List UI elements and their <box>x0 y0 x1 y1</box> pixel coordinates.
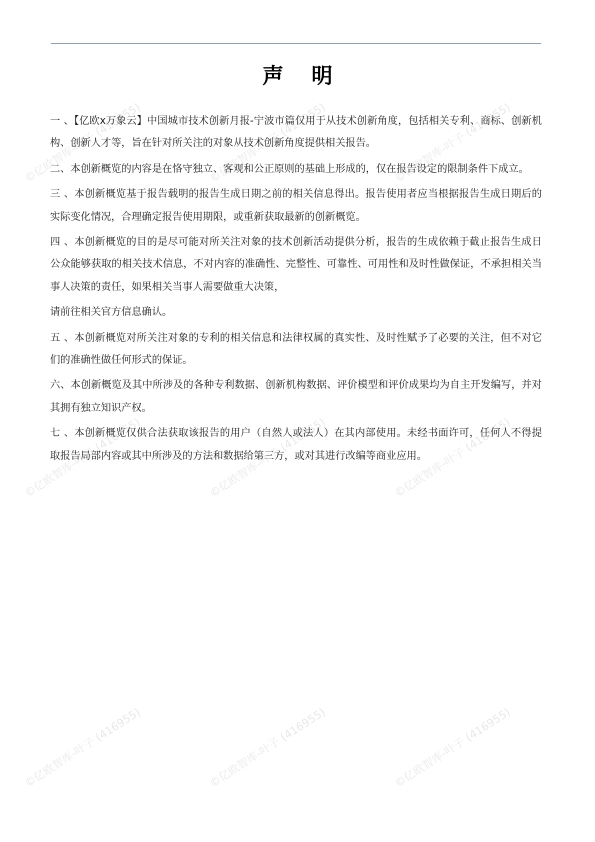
title-char: 声 <box>263 60 284 90</box>
statement-paragraph-4: 四 、本创新概览的目的是尽可能对所关注对象的技术创新活动提供分析，报告的生成依赖… <box>50 232 542 299</box>
statement-body: 一 、【亿欧x万象云】中国城市技术创新月报-宁波市篇仅用于从技术创新角度，包括相… <box>50 111 542 471</box>
statement-paragraph-7: 七 、本创新概览仅供合法获取该报告的用户（自然人或法人）在其内部使用。未经书面许… <box>50 423 542 468</box>
watermark: ©亿欧智库-叶子 (416955) <box>21 704 143 791</box>
watermark: ©亿欧智库-叶子 (416955) <box>391 704 513 791</box>
statement-paragraph-5: 五 、本创新概览对所关注对象的专利的相关信息和法律权属的真实性、及时性赋予了必要… <box>50 328 542 373</box>
watermark: ©亿欧智库-叶子 (416955) <box>206 704 328 791</box>
statement-paragraph-1: 一 、【亿欧x万象云】中国城市技术创新月报-宁波市篇仅用于从技术创新角度，包括相… <box>50 111 542 156</box>
statement-paragraph-6: 六、本创新概览及其中所涉及的各种专利数据、创新机构数据、评价模型和评价成果均为自… <box>50 375 542 420</box>
statement-paragraph-4-note: 请前往相关官方信息确认。 <box>50 302 542 324</box>
statement-paragraph-2: 二、本创新概览的内容是在恪守独立、客观和公正原则的基础上形成的，仅在报告设定的限… <box>50 159 542 181</box>
header-rule <box>51 43 541 44</box>
statement-paragraph-3: 三 、本创新概览基于报告载明的报告生成日期之前的相关信息得出。报告使用者应当根据… <box>50 184 542 229</box>
title-char: 明 <box>312 60 333 90</box>
page-title: 声明 <box>0 60 595 90</box>
